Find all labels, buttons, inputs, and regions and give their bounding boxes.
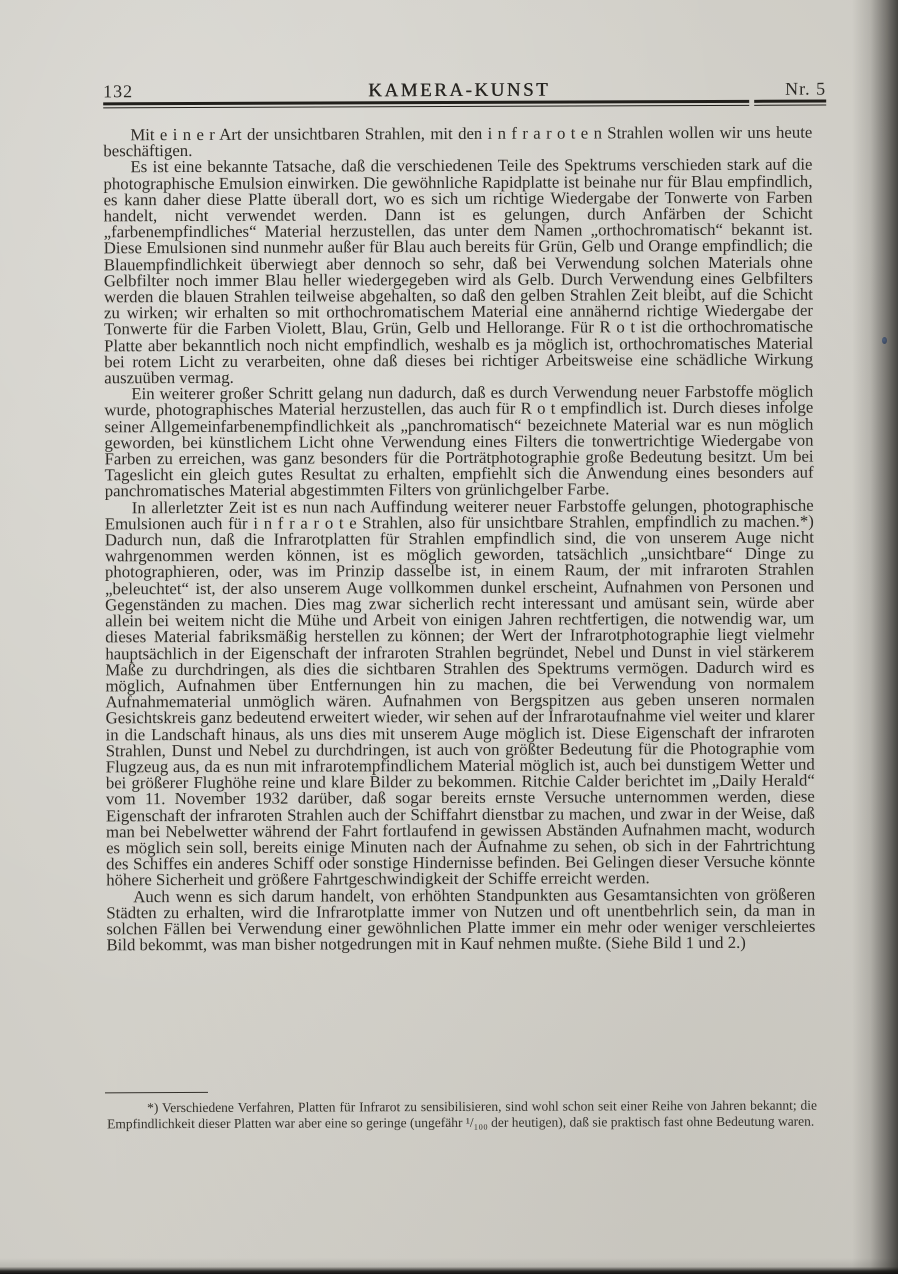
- paragraph: Es ist eine bekannte Tatsache, daß die v…: [103, 157, 813, 387]
- article-body: Mit e i n e r Art der unsichtbaren Strah…: [103, 125, 815, 954]
- ink-mark: [882, 337, 887, 344]
- paragraph: Ein weiterer großer Schritt gelang nun d…: [104, 384, 813, 500]
- page-content: 132 KAMERA-KUNST Nr. 5 Mit e i n e r Art…: [0, 0, 898, 1274]
- page-number: 132: [103, 81, 133, 102]
- paragraph: Auch wenn es sich darum handelt, von erh…: [106, 886, 815, 954]
- scanned-page: 132 KAMERA-KUNST Nr. 5 Mit e i n e r Art…: [0, 0, 898, 1274]
- header-rule-left-segment: [103, 100, 749, 108]
- issue-number: Nr. 5: [785, 79, 826, 100]
- footnote-text: *) Verschiedene Verfahren, Platten für I…: [107, 1098, 817, 1132]
- journal-title: KAMERA-KUNST: [368, 80, 550, 103]
- header-rule-right-segment: [754, 100, 826, 106]
- footnote: *) Verschiedene Verfahren, Platten für I…: [107, 1098, 817, 1132]
- footnote-rule: [105, 1092, 208, 1093]
- header-rule: [103, 100, 826, 110]
- paragraph: In allerletzter Zeit ist es nun nach Auf…: [105, 497, 815, 889]
